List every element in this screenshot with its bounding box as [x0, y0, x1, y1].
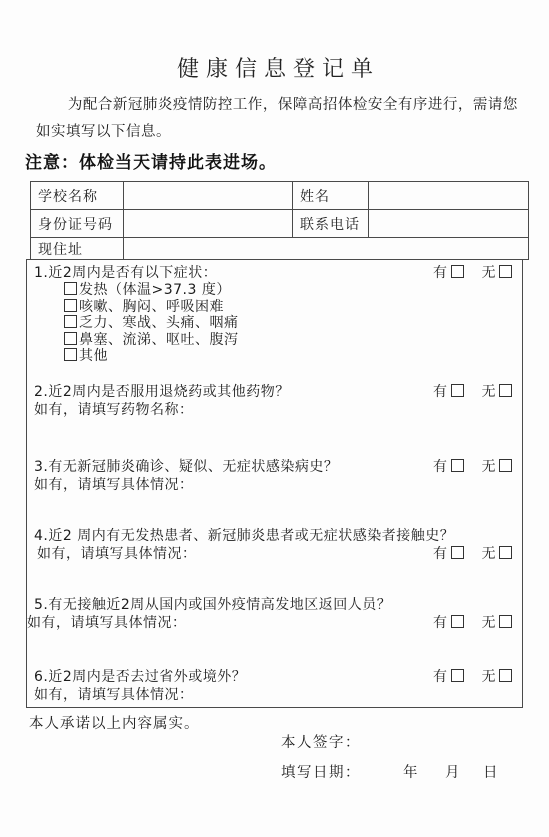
intro-paragraph: 为配合新冠肺炎疫情防控工作，保障高招体检安全有序进行，需请您如实填写以下信息。: [36, 92, 530, 146]
day-label: 日: [483, 765, 499, 781]
question-text: 6.近2周内是否去过省外或境外？: [34, 668, 433, 686]
yes-checkbox[interactable]: [451, 615, 464, 628]
date-day-field[interactable]: [461, 766, 483, 780]
yes-label: 有: [433, 615, 448, 631]
school-name-label: 学校名称: [31, 182, 124, 210]
table-row: 现住址: [31, 238, 529, 260]
no-checkbox[interactable]: [499, 669, 512, 682]
signature-label: 本人签字：: [281, 735, 361, 751]
followup-text: 如有，请填写具体情况：: [34, 476, 194, 494]
no-label: 无: [482, 384, 497, 400]
yes-checkbox[interactable]: [451, 384, 464, 397]
no-checkbox[interactable]: [499, 615, 512, 628]
symptom-checkbox[interactable]: [64, 348, 77, 361]
question-text: 4.近2 周内有无发热患者、新冠肺炎患者或无症状感染者接触史？: [34, 527, 516, 545]
question-1: 1.近2周内是否有以下症状： 有 无 发热（体温>37.3 度） 咳嗽、胸闷、呼…: [34, 264, 516, 365]
date-month-field[interactable]: [419, 766, 445, 780]
question-number: 1.: [34, 265, 48, 281]
question-text: 1.近2周内是否有以下症状：: [34, 264, 433, 282]
no-checkbox[interactable]: [499, 384, 512, 397]
question-number: 5.: [34, 597, 48, 613]
symptom-checkbox[interactable]: [64, 315, 77, 328]
question-number: 6.: [34, 669, 48, 685]
yes-label: 有: [433, 384, 448, 400]
table-row: 身份证号码 联系电话: [31, 210, 529, 238]
question-number: 2.: [34, 384, 48, 400]
symptom-label: 咳嗽、胸闷、呼吸困难: [79, 299, 224, 315]
symptom-checkbox[interactable]: [64, 282, 77, 295]
symptom-list: 发热（体温>37.3 度） 咳嗽、胸闷、呼吸困难 乏力、寒战、头痛、咽痛 鼻塞、…: [64, 282, 516, 365]
followup-text: 如有，请填写具体情况：: [34, 686, 194, 704]
yes-label: 有: [433, 459, 448, 475]
signature-field[interactable]: [361, 736, 491, 750]
followup-text: 如有，请填写具体情况：: [27, 614, 433, 632]
yes-no-options: 有 无: [433, 458, 516, 476]
info-table: 学校名称 姓名 身份证号码 联系电话 现住址: [30, 181, 529, 260]
symptom-item: 乏力、寒战、头痛、咽痛: [64, 315, 516, 332]
no-label: 无: [482, 669, 497, 685]
question-text: 5.有无接触近2周从国内或国外疫情高发地区返回人员？: [34, 596, 516, 614]
page-title: 健康信息登记单: [0, 52, 549, 83]
question-2: 2.近2周内是否服用退烧药或其他药物？ 有 无 如有，请填写药物名称：: [34, 383, 516, 419]
yes-label: 有: [433, 265, 448, 281]
table-row: 学校名称 姓名: [31, 182, 529, 210]
yes-no-options: 有 无: [433, 668, 516, 686]
no-checkbox[interactable]: [499, 265, 512, 278]
signature-block: 本人签字： 填写日期：年月日: [281, 733, 499, 783]
symptom-item: 鼻塞、流涕、呕吐、腹泻: [64, 332, 516, 349]
symptom-checkbox[interactable]: [64, 299, 77, 312]
no-checkbox[interactable]: [499, 459, 512, 472]
symptom-label: 乏力、寒战、头痛、咽痛: [79, 315, 239, 331]
questions-box: 1.近2周内是否有以下症状： 有 无 发热（体温>37.3 度） 咳嗽、胸闷、呼…: [26, 259, 523, 708]
phone-label: 联系电话: [293, 210, 369, 238]
notice-text: 注意：体检当天请持此表进场。: [25, 148, 277, 173]
date-label: 填写日期：: [281, 765, 361, 781]
yes-checkbox[interactable]: [451, 546, 464, 559]
question-3: 3.有无新冠肺炎确诊、疑似、无症状感染病史？ 有 无 如有，请填写具体情况：: [34, 458, 516, 494]
year-label: 年: [403, 765, 419, 781]
question-5: 5.有无接触近2周从国内或国外疫情高发地区返回人员？ 如有，请填写具体情况： 有…: [34, 596, 516, 632]
phone-cell[interactable]: [369, 210, 529, 238]
question-text: 2.近2周内是否服用退烧药或其他药物？: [34, 383, 433, 401]
declaration-text: 本人承诺以上内容属实。: [29, 712, 200, 733]
yes-label: 有: [433, 546, 448, 562]
month-label: 月: [445, 765, 461, 781]
name-cell[interactable]: [369, 182, 529, 210]
symptom-label: 发热（体温>37.3 度）: [79, 282, 231, 298]
id-number-label: 身份证号码: [31, 210, 124, 238]
symptom-checkbox[interactable]: [64, 332, 77, 345]
no-label: 无: [482, 615, 497, 631]
symptom-label: 其他: [79, 348, 108, 364]
date-year-field[interactable]: [361, 766, 403, 780]
yes-checkbox[interactable]: [451, 669, 464, 682]
question-number: 3.: [34, 459, 48, 475]
no-label: 无: [482, 459, 497, 475]
symptom-item: 其他: [64, 348, 516, 365]
symptom-item: 咳嗽、胸闷、呼吸困难: [64, 299, 516, 316]
symptom-label: 鼻塞、流涕、呕吐、腹泻: [79, 332, 239, 348]
followup-text: 如有，请填写药物名称：: [34, 401, 194, 419]
followup-text: 如有，请填写具体情况：: [37, 545, 433, 563]
symptom-item: 发热（体温>37.3 度）: [64, 282, 516, 299]
yes-label: 有: [433, 669, 448, 685]
yes-checkbox[interactable]: [451, 265, 464, 278]
question-number: 4.: [34, 528, 48, 544]
yes-no-options: 有 无: [433, 614, 516, 632]
id-number-cell[interactable]: [124, 210, 293, 238]
yes-no-options: 有 无: [433, 264, 516, 282]
yes-no-options: 有 无: [433, 545, 516, 563]
no-label: 无: [482, 265, 497, 281]
question-text: 3.有无新冠肺炎确诊、疑似、无症状感染病史？: [34, 458, 433, 476]
yes-no-options: 有 无: [433, 383, 516, 401]
address-cell[interactable]: [124, 238, 529, 260]
name-label: 姓名: [293, 182, 369, 210]
question-6: 6.近2周内是否去过省外或境外？ 有 无 如有，请填写具体情况：: [34, 668, 516, 704]
no-checkbox[interactable]: [499, 546, 512, 559]
address-label: 现住址: [31, 238, 124, 260]
school-name-cell[interactable]: [124, 182, 293, 210]
yes-checkbox[interactable]: [451, 459, 464, 472]
no-label: 无: [482, 546, 497, 562]
question-4: 4.近2 周内有无发热患者、新冠肺炎患者或无症状感染者接触史？ 如有，请填写具体…: [34, 527, 516, 563]
